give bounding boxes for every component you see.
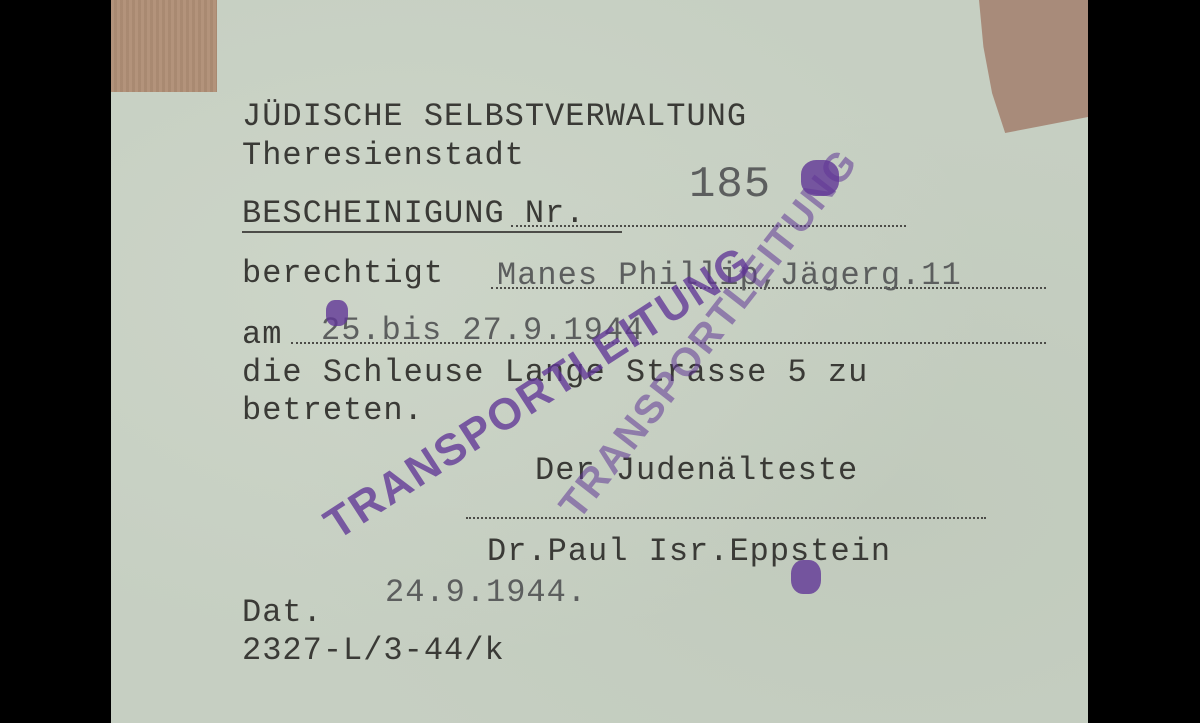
reference-number: 2327-L/3-44/k — [242, 632, 505, 669]
stamp-ink-blob-left — [326, 300, 348, 326]
issue-date: 24.9.1944. — [385, 574, 587, 611]
entitled-label: berechtigt — [242, 255, 444, 292]
header-location: Theresienstadt — [242, 137, 525, 174]
dat-label: Dat. — [242, 594, 323, 631]
signatory-name: Dr.Paul Isr.Eppstein — [487, 533, 891, 570]
stamp-ink-blob-top — [801, 160, 839, 196]
body-text-line2: betreten. — [242, 392, 424, 429]
header-organization: JÜDISCHE SELBSTVERWALTUNG — [242, 98, 747, 135]
certificate-number-line — [511, 225, 906, 227]
certificate-number: 185 — [689, 160, 771, 210]
tape-top-left — [111, 0, 217, 92]
stamp-ink-blob-bottom — [791, 560, 821, 594]
date-label: am — [242, 316, 282, 353]
signature-line — [466, 517, 986, 519]
tape-top-right — [979, 0, 1088, 133]
certificate-underline — [242, 231, 622, 233]
document-paper: JÜDISCHE SELBSTVERWALTUNG Theresienstadt… — [111, 0, 1088, 723]
